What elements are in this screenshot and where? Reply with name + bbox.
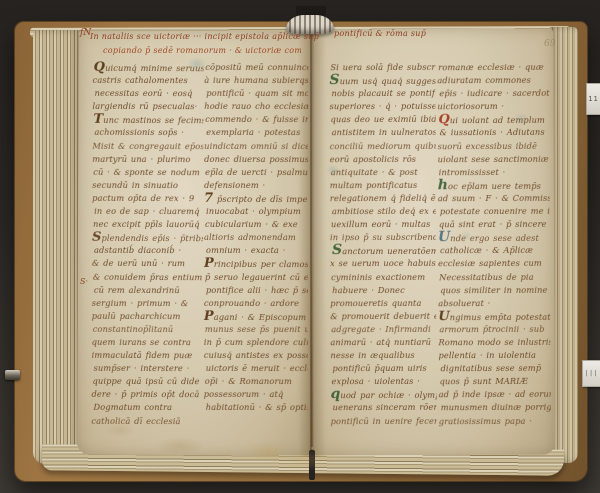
manuscript-text-line: achomissionis sop̄s · — [92, 126, 203, 139]
manuscript-text-line: cuiusq́ antistes ex possōne — [204, 349, 308, 362]
manuscript-text-line: Sanctorum ueneratōem — [330, 244, 436, 257]
manuscript-text-line: cymininis exactionem — [330, 270, 436, 283]
manuscript-text-line: armorum p̄trocinii · sub — [438, 323, 550, 337]
manuscript-text-line: secundū in sinuatio — [92, 179, 203, 192]
metal-clasp — [5, 370, 20, 380]
manuscript-text-line: conprouando · ardore — [204, 297, 308, 310]
manuscript-text-line: sump̄ser · interstere · — [92, 362, 203, 375]
manuscript-text-line: Ungimus emp̄ta potestati — [438, 310, 550, 324]
manuscript-text-line: Dogmatum contra — [91, 401, 202, 414]
manuscript-text-line: Splendendis ep̄is · p̄tribs — [92, 231, 203, 244]
manuscript-text-line: animarū · atq́ nuntiarū — [330, 336, 436, 349]
folio-number: 69 — [544, 39, 555, 49]
manuscript-text-line: castris cathalomentes — [93, 74, 204, 87]
manuscript-text-line: romanæ ecclesiæ · quæ — [437, 61, 549, 75]
manuscript-text-line: Quicumq́ minime seruus — [93, 61, 204, 74]
manuscript-text-line: & conuidem p̄ras entium — [92, 270, 203, 283]
margin-annotation: S· — [80, 277, 88, 286]
manuscript-text-line: quippe quā ipsū cū dide — [91, 375, 202, 388]
manuscript-text-line: exemplaria · potestas — [204, 126, 308, 139]
left-page-rubric-line-2: copiando p̄ sedē romanorum · & uictoriæ … — [103, 46, 301, 55]
manuscript-text-line: quem iurans se contra — [92, 336, 203, 349]
manuscript-text-line: & iussationis · Adiutans — [437, 126, 549, 140]
manuscript-text-line: sergium · primum · & — [92, 296, 203, 309]
manuscript-text-line: pontificū p̄quam uiris — [330, 362, 436, 375]
manuscript-text-line: munus sese p̄s puenit u — [204, 323, 308, 336]
manuscript-text-line: cū rem alexandrinū — [92, 283, 203, 296]
left-page-rubric-line-1: In nataliis sce uictoriæ ··· incipit epi… — [90, 32, 328, 41]
manuscript-text-line: uexillum eorū · multas — [330, 218, 436, 231]
manuscript-text-line: adgregate · Infirmandi — [330, 323, 436, 336]
manuscript-text-line: conciliū mediorum quibus — [330, 139, 436, 152]
left-page-column-2: cōpositū meū connuincereà iure humana su… — [204, 61, 309, 415]
manuscript-text-line: & promouerit debuerit eorū — [330, 310, 436, 323]
manuscript-text-line: pontificū in uenire fecerim — [331, 414, 437, 427]
manuscript-text-line: uenerans sinceram rōem — [331, 401, 437, 414]
right-page-rubric: pontificū & rōma sup̄ — [334, 29, 462, 38]
right-page-column-2: romanæ ecclesiæ · quæadiuratam commonese… — [437, 61, 551, 428]
manuscript-text-line: donec diuersa possimus — [204, 153, 308, 166]
manuscript-text-line: adiuratam commones — [437, 74, 549, 88]
manuscript-text-line: necessitas eorū · eosq́ — [93, 87, 204, 100]
manuscript-text-line: suorū excessibus ibidē — [438, 139, 550, 153]
manuscript-text-line: p̄ seruo legauerint cū ei fecit — [204, 270, 308, 283]
manuscript-text-line: constantinop̄litanū — [92, 323, 203, 336]
manuscript-text-line: in ipso p̄ su subscribendū · — [330, 231, 436, 244]
manuscript-text-line: adstantib́ diaconib́ · — [92, 244, 203, 257]
manuscript-text-line: 7 p̄scripto de dīs imperatorū — [204, 192, 308, 205]
manuscript-text-line: in eo de sap · cluaremq́ — [92, 205, 203, 218]
manuscript-text-line: in p̄ cum splendore culmi — [204, 336, 308, 349]
manuscript-text-line: Necessitatibus de pia — [438, 270, 550, 284]
manuscript-text-line: pactum op̄ta de rex · 9 — [92, 192, 203, 205]
manuscript-text-line: paulū pacharchicum — [92, 310, 203, 323]
manuscript-text-line: à iure humana subierqs — [204, 74, 308, 87]
manuscript-text-line: x se uerum uoce habuisse — [330, 257, 436, 270]
manuscript-text-line: habuere · Donec — [330, 283, 436, 296]
manuscript-text-line: uictoris ē meruit · ecclesiæ — [204, 362, 308, 375]
manuscript-text-line: catholicæ · & Ap̄licæ — [438, 244, 550, 258]
manuscript-text-line: Suum usq́ quaq́ suggessit — [329, 74, 435, 87]
manuscript-text-line: Romano modo se inlustris — [438, 336, 550, 350]
manuscript-text-line: Principibus per clamos ē — [204, 257, 308, 270]
manuscript-text-line: inuocabat · olympium — [204, 205, 308, 218]
manuscript-text-line: habitationū · & sp̄ optis — [204, 401, 308, 414]
manuscript-text-line: nobis placauit se pontifices — [329, 87, 435, 100]
manuscript-text-line: cubicularium · & exe — [204, 218, 308, 231]
manuscript-text-line: ambitiose stilo deq́ ex ea p̄s — [330, 205, 436, 218]
manuscript-text-line: martyrū una · plurimo — [92, 152, 203, 165]
manuscript-text-line: hodie rauo cho ecclesiæ — [204, 100, 308, 113]
manuscript-text-line: ad p̄ inde ipsæ · ad eorum — [439, 388, 551, 402]
manuscript-text-line: quos similiter in nomine — [438, 283, 550, 297]
manuscript-text-line: uictoriosorum · — [437, 100, 549, 114]
manuscript-text-line: potestate conuenire me illi — [438, 205, 550, 219]
manuscript-text-line: quos p̄ sunt MARIÆ — [439, 375, 551, 389]
manuscript-text-line: nesse in æqualibus — [330, 349, 436, 362]
left-page-column-1: Quicumq́ minime seruuscastris cathalomen… — [91, 61, 203, 428]
manuscript-text-line: defensionem · — [204, 179, 308, 192]
manuscript-text-line: eorū apostolicis rōs — [330, 152, 436, 165]
manuscript-text-line: pellentia · in uiolentia — [438, 349, 550, 363]
manuscript-text-line: & de uerū unū · rum — [92, 257, 203, 270]
manuscript-text-line: antiquitate · & post — [330, 166, 436, 179]
fore-edge-tab-top: 11 — [586, 83, 600, 115]
manuscript-text-line: superiores · q́ · potuisse — [329, 100, 435, 113]
manuscript-text-line: ecclesiæ sapientes cum — [438, 257, 550, 271]
manuscript-text-line: catholicā dī ecclesiā — [91, 414, 202, 427]
manuscript-text-line: dignitatibus sese semp̄ — [439, 362, 551, 376]
manuscript-text-line: absoluerat · — [438, 296, 550, 310]
manuscript-text-line: largiendis rū psecualas· — [92, 100, 203, 113]
manuscript-text-line: possessorum · atq́ — [204, 388, 308, 401]
manuscript-text-line: pontifice alii · hæc p̄ sede — [204, 284, 308, 297]
manuscript-text-line: altioris admonendam — [204, 231, 308, 244]
manuscript-text-line: immaculatā fidem puæ — [92, 349, 203, 362]
manuscript-text-line: uindictam omniū si dicere — [204, 139, 308, 152]
manuscript-text-line: relegationem q́ fideliq́ ē · — [330, 192, 436, 205]
manuscript-text-line: quas deo ue eximiū ibidem — [330, 113, 436, 126]
manuscript-text-line: ad suum · F · & Commissu — [438, 192, 550, 206]
manuscript-text-line: Unde ergo sese adest — [438, 231, 550, 245]
manuscript-text-line: nec excipit pp̄ls lauorūq́ · — [92, 218, 203, 231]
manuscript-text-line: commendo · & fuisse imp̄ — [204, 113, 308, 126]
manuscript-text-line: intromississet · — [438, 166, 550, 180]
manuscript-text-line: munusmen diuinæ porrigi — [439, 401, 551, 415]
manuscript-text-line: ep̄la de uercti · psalmum — [204, 166, 308, 179]
right-page-column-1: Si uera solā fide subscribebāt·Suum usq́… — [329, 61, 436, 428]
manuscript-text-line: cū · & sponte se nodum — [92, 166, 203, 179]
manuscript-photo: fN In nataliis sce uictoriæ ··· incipit … — [0, 0, 600, 493]
manuscript-text-line: uiolant sese sanctimoniæ — [438, 152, 550, 166]
manuscript-text-line: explosa · uiolentas · — [330, 375, 436, 388]
manuscript-text-line: antistitem in uulneratos — [330, 126, 436, 139]
manuscript-text-line: Qui uolant ad templum — [437, 113, 549, 127]
page-stack-left-edge — [33, 30, 81, 464]
manuscript-text-line: quā sint erat · p̄ sincere — [438, 218, 550, 232]
manuscript-text-line: pontificū · quam sit modū — [204, 87, 308, 100]
manuscript-text-line: multam pontificatus — [330, 179, 436, 192]
fore-edge-tab-bottom: ||| — [582, 360, 600, 387]
manuscript-text-line: Si uera solā fide subscribebāt· — [329, 61, 435, 74]
manuscript-text-line: quod par ochiæ · olympios — [331, 388, 437, 401]
manuscript-text-line: omnium · exacta · — [204, 244, 308, 257]
manuscript-text-line: cōpositū meū connuincere — [204, 61, 308, 74]
gutter-crease — [310, 35, 312, 453]
manuscript-text-line: Misit & congregauit ep̄os — [92, 139, 203, 152]
manuscript-text-line: hoc ep̄lam uere temp̄s — [438, 179, 550, 193]
manuscript-text-line: ep̄is · iudicare · sacerdotūq́ — [437, 87, 549, 101]
spine-bottom-gap — [309, 450, 315, 480]
manuscript-text-line: op̄i · & Romanorum — [204, 375, 308, 388]
manuscript-text-line: Tunc mastinos se fecims — [92, 113, 203, 126]
manuscript-text-line: dere · p̄ primis op̄t docā — [91, 388, 202, 401]
manuscript-text-line: Pagani · & Episcopum — [204, 310, 308, 323]
manuscript-text-line: promoueretis quanta — [330, 297, 436, 310]
manuscript-text-line: gratiosissimus papa · — [439, 414, 551, 428]
